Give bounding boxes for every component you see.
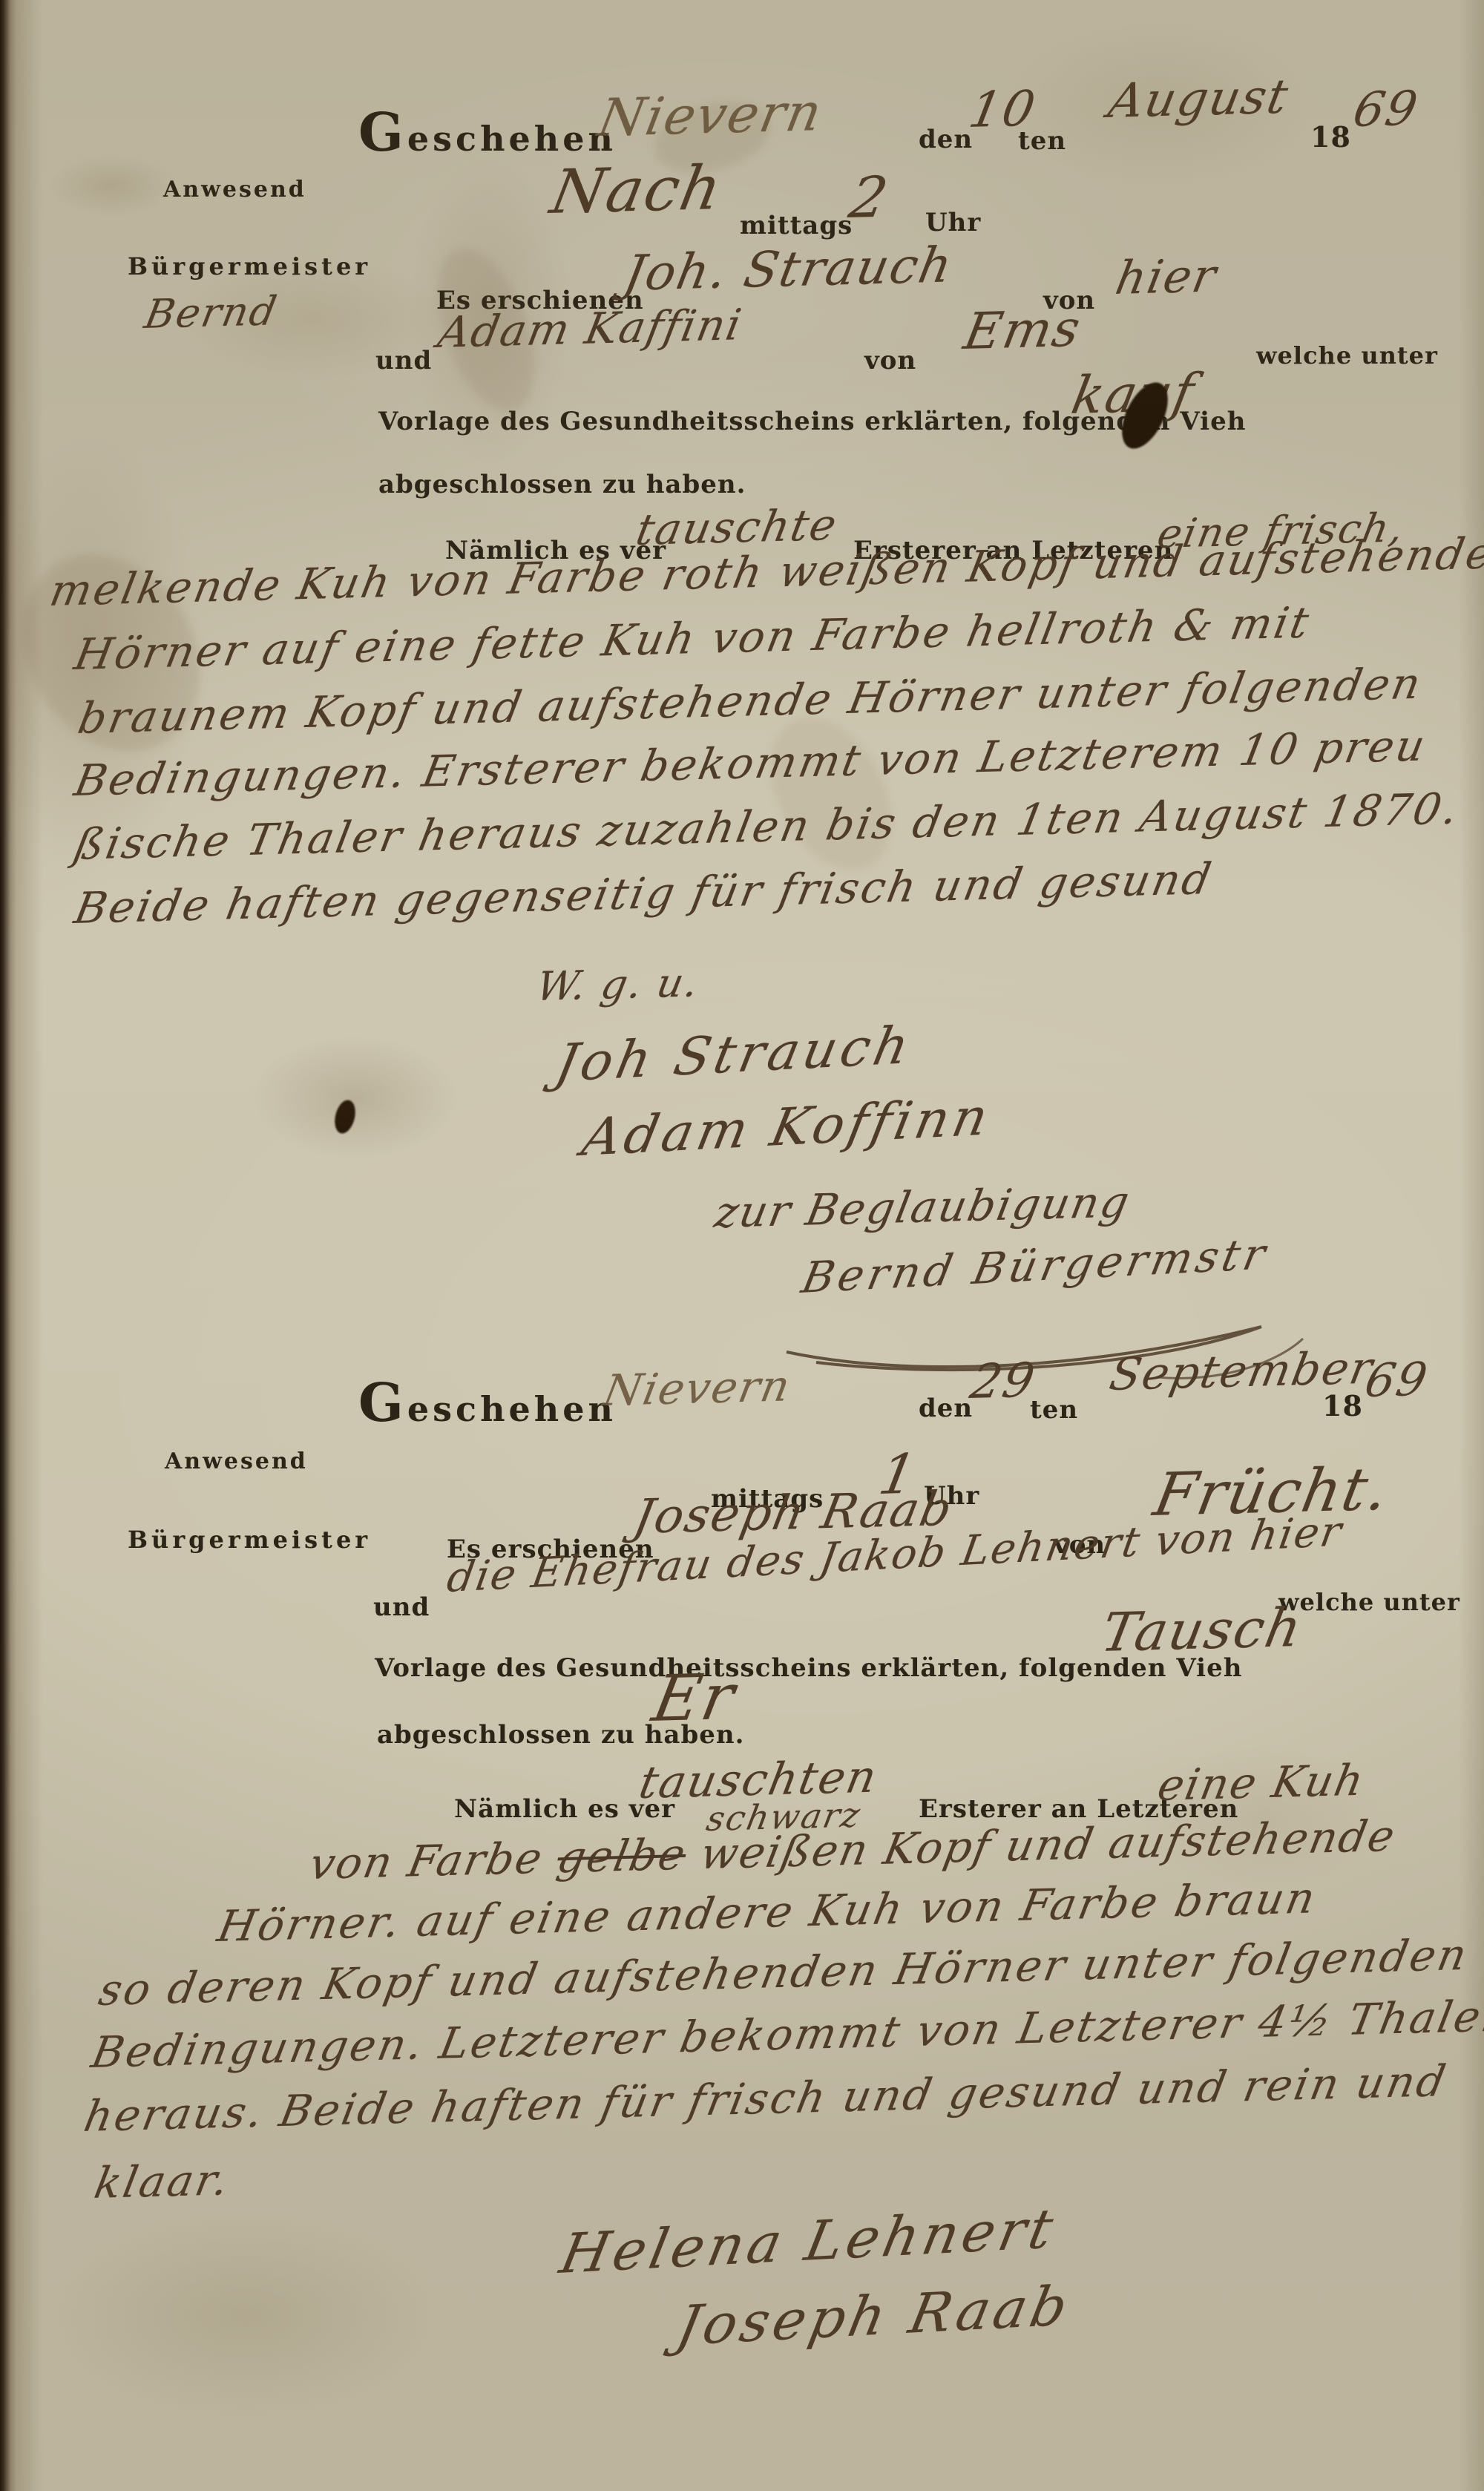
handwritten-deal-type: Tausch xyxy=(1097,1596,1307,1664)
handwritten-flourish: Er xyxy=(647,1660,741,1736)
geschehen-word: Geschehen xyxy=(358,1382,617,1429)
handwritten-party1-origin: hier xyxy=(1112,249,1221,305)
printed-mittags-label: mittags xyxy=(740,211,853,240)
printed-welche-unter: welche unter xyxy=(1256,341,1438,370)
handwritten-year-suffix: 69 xyxy=(1361,1352,1433,1408)
line-pre: von Farbe xyxy=(306,1832,562,1889)
handwritten-month: August xyxy=(1104,70,1293,129)
printed-year-century: 18 xyxy=(1322,1389,1363,1422)
handwritten-body-line: Beide haften gegenseitig für frisch und … xyxy=(70,853,1217,933)
signature-party2-wife: Helena Lehnert xyxy=(555,2197,1062,2286)
printed-und-label: und xyxy=(373,1592,430,1622)
printed-den-label: den xyxy=(919,1394,973,1423)
struck-word: gelbe xyxy=(554,1829,691,1883)
printed-ten-label: ten xyxy=(1018,126,1066,156)
handwritten-body-lead: eine Kuh xyxy=(1154,1755,1369,1811)
ink-blot xyxy=(332,1098,358,1136)
signature-party2: Adam Koffinn xyxy=(577,1086,997,1168)
handwritten-place: Nievern xyxy=(600,1360,795,1416)
printed-buergermeister-label: Bürgermeister xyxy=(128,1526,371,1554)
printed-abgeschlossen-line: abgeschlossen zu haben. xyxy=(378,470,746,499)
signature-party1: Joh Strauch xyxy=(551,1014,918,1094)
signature-party1: Joseph Raab xyxy=(672,2274,1077,2358)
scanned-protocol-page: Geschehen Nievern den 10 ten August 18 6… xyxy=(0,0,1484,2491)
printed-uhr-label: Uhr xyxy=(925,208,981,237)
printed-anwesend-label: Anwesend xyxy=(163,177,306,203)
handwritten-day: 29 xyxy=(966,1353,1040,1410)
printed-und-label: und xyxy=(375,346,432,375)
handwritten-party2-name: Adam Kaffini xyxy=(434,299,746,358)
geschehen-word: Geschehen xyxy=(358,111,617,159)
handwritten-wgu-abbrev: W. g. u. xyxy=(533,959,703,1010)
handwritten-time-prefix: Nach xyxy=(545,153,728,228)
printed-buergermeister-label: Bürgermeister xyxy=(128,252,371,280)
printed-geschehen-label: Geschehen xyxy=(358,111,617,159)
printed-anwesend-label: Anwesend xyxy=(165,1448,308,1474)
printed-geschehen-label: Geschehen xyxy=(358,1382,617,1429)
handwritten-beglaubigung: zur Beglaubigung xyxy=(711,1176,1135,1238)
printed-von-label: von xyxy=(864,346,916,375)
handwritten-year-suffix: 69 xyxy=(1349,82,1423,138)
printed-ten-label: ten xyxy=(1030,1395,1078,1425)
handwritten-place: Nievern xyxy=(594,82,827,148)
handwritten-hour: 2 xyxy=(844,164,894,231)
handwritten-inserted-word: schwarz xyxy=(703,1795,864,1839)
handwritten-party1-name: Joh. Strauch xyxy=(620,237,958,302)
handwritten-mayor-name: Bernd xyxy=(141,287,281,338)
signature-mayor: Bernd Bürgermstr xyxy=(798,1229,1273,1303)
handwritten-party2-origin: Ems xyxy=(959,300,1086,361)
book-binding-edge xyxy=(0,0,10,2491)
handwritten-body-line: klaar. xyxy=(91,2154,234,2208)
printed-year-century: 18 xyxy=(1310,120,1351,154)
printed-den-label: den xyxy=(919,125,973,154)
